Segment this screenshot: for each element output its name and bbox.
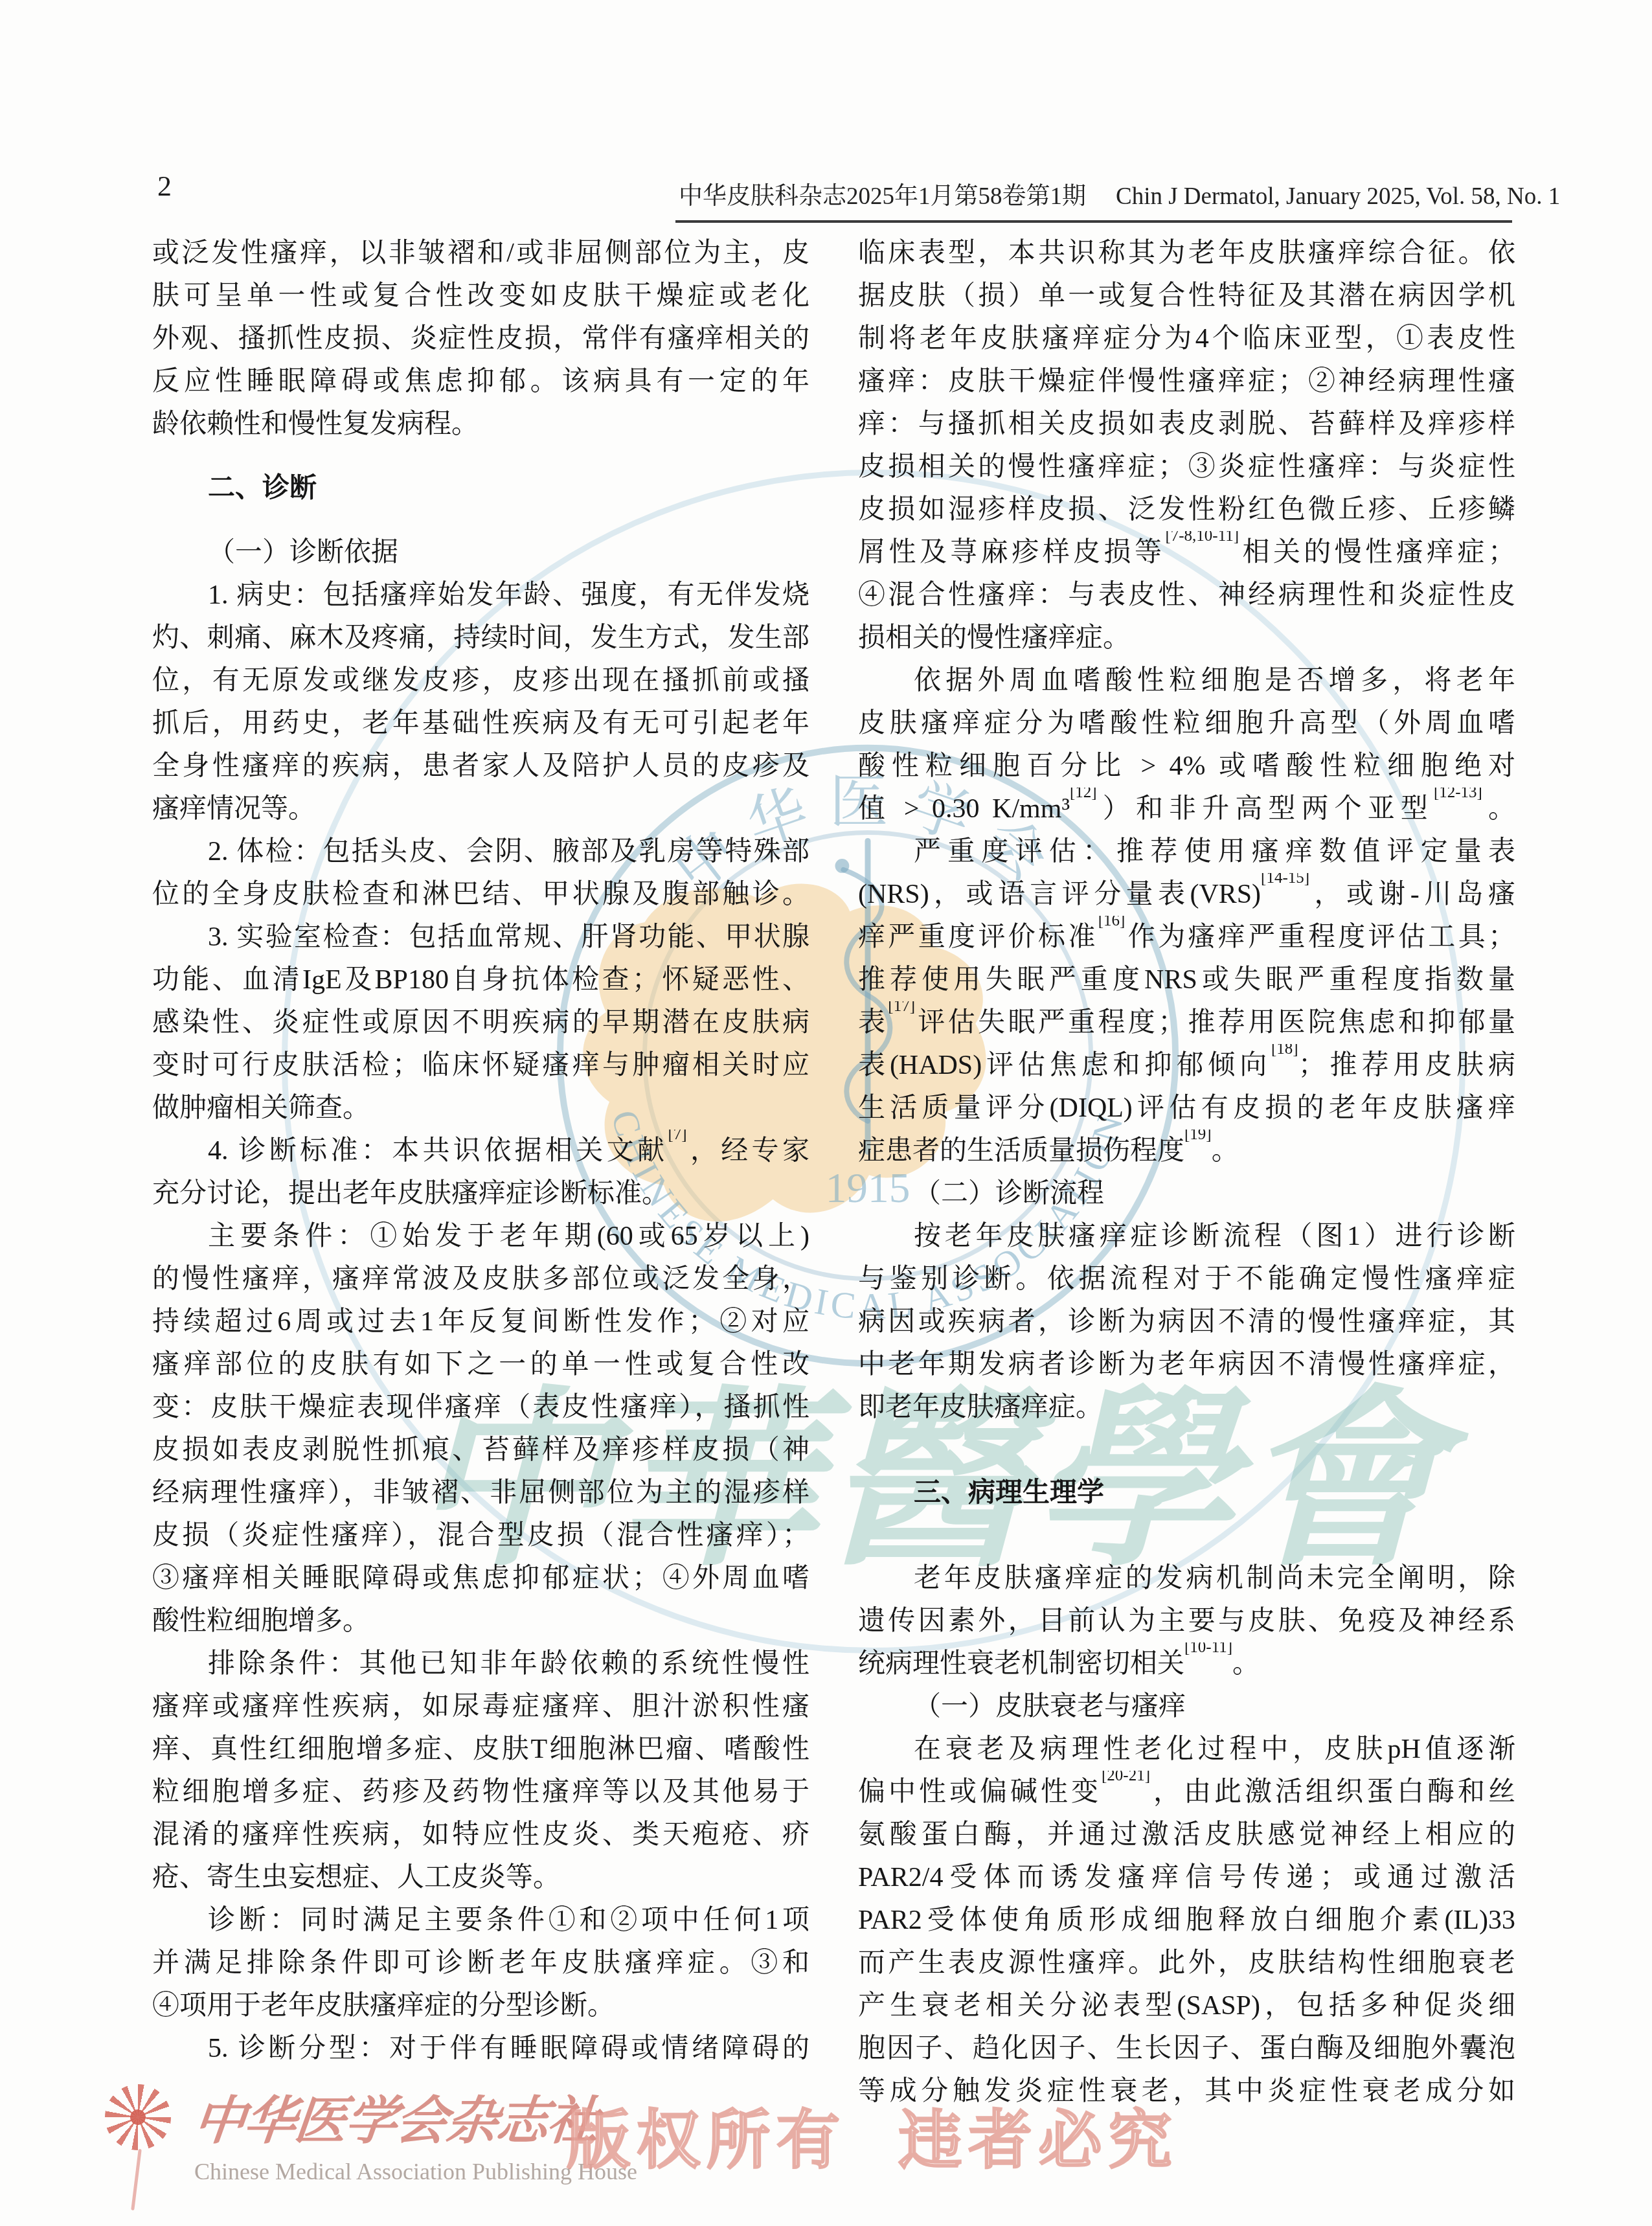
- text-line: 的慢性瘙痒，瘙痒常波及皮肤多部位或泛发全身，: [152, 1258, 809, 1300]
- text-line: 肤可呈单一性或复合性改变如皮肤干燥症或老化: [152, 275, 809, 317]
- text-line: 三、病理生理学: [858, 1471, 1515, 1514]
- text-line: 瘙痒或瘙痒性疾病，如尿毒症瘙痒、胆汁淤积性瘙: [152, 1685, 809, 1728]
- text-line: 变时可行皮肤活检；临床怀疑瘙痒与肿瘤相关时应: [152, 1044, 809, 1087]
- publisher-seal-icon: [105, 2084, 171, 2150]
- text-line: 屑性及荨麻疹样皮损等[7-8,10-11]相关的慢性瘙痒症；: [858, 531, 1515, 574]
- text-line: 位的全身皮肤检查和淋巴结、甲状腺及腹部触诊。: [152, 873, 809, 916]
- text-line: 生活质量评分(DIQL)评估有皮损的老年皮肤瘙痒: [858, 1087, 1515, 1130]
- text-line: 瘙痒：皮肤干燥症伴慢性瘙痒症；②神经病理性瘙: [858, 360, 1515, 403]
- text-line: 即老年皮肤瘙痒症。: [858, 1386, 1515, 1429]
- text-line: 全身性瘙痒的疾病，患者家人及陪护人员的皮疹及: [152, 745, 809, 788]
- text-line: 感染性、炎症性或原因不明疾病的早期潜在皮肤病: [152, 1001, 809, 1044]
- journal-title-cn: 中华皮肤科杂志2025年1月第58卷第1期: [679, 183, 1086, 210]
- text-line: 按老年皮肤瘙痒症诊断流程（图1）进行诊断: [858, 1215, 1515, 1258]
- text-line: 制将老年皮肤瘙痒症分为4个临床亚型，①表皮性: [858, 317, 1515, 360]
- text-line: 皮损如表皮剥脱性抓痕、苔藓样及痒疹样皮损（神: [152, 1429, 809, 1471]
- text-line: 统病理性衰老机制密切相关[10-11]。: [858, 1642, 1515, 1685]
- journal-page: 中华医学会 CHINESE MEDICAL ASSOCIATION 1915 中…: [0, 0, 1652, 2226]
- text-line: 1. 病史：包括瘙痒始发年龄、强度，有无伴发烧: [152, 574, 809, 617]
- text-line: 依据外周血嗜酸性粒细胞是否增多，将老年: [858, 659, 1515, 702]
- publisher-name-cn: 中华医学会杂志社: [190, 2079, 602, 2153]
- text-line: 偏中性或偏碱性变[20-21]，由此激活组织蛋白酶和丝: [858, 1771, 1515, 1813]
- text-line: 皮损相关的慢性瘙痒症；③炎症性瘙痒：与炎症性: [858, 446, 1515, 488]
- text-line: 位，有无原发或继发皮疹，皮疹出现在搔抓前或搔: [152, 659, 809, 702]
- page-number: 2: [157, 170, 172, 203]
- text-line: 外观、搔抓性皮损、炎症性皮损，常伴有瘙痒相关的: [152, 317, 809, 360]
- text-line: 氨酸蛋白酶，并通过激活皮肤感觉神经上相应的: [858, 1813, 1515, 1856]
- text-line: 痒：与搔抓相关皮损如表皮剥脱、苔藓样及痒疹样: [858, 403, 1515, 446]
- text-line: 严重度评估：推荐使用瘙痒数值评定量表: [858, 830, 1515, 873]
- text-line: 诊断：同时满足主要条件①和②项中任何1项: [152, 1899, 809, 1942]
- text-line: 在衰老及病理性老化过程中，皮肤pH值逐渐: [858, 1728, 1515, 1771]
- header-rule: [675, 220, 1512, 223]
- text-line: 变：皮肤干燥症表现伴瘙痒（表皮性瘙痒），搔抓性: [152, 1386, 809, 1429]
- text-line: 痒、真性红细胞增多症、皮肤T细胞淋巴瘤、嗜酸性: [152, 1728, 809, 1771]
- text-line: 4. 诊断标准：本共识依据相关文献[7]，经专家: [152, 1130, 809, 1172]
- text-line: 胞因子、趋化因子、生长因子、蛋白酶及细胞外囊泡: [858, 2027, 1515, 2070]
- text-line: 排除条件：其他已知非年龄依赖的系统性慢性: [152, 1642, 809, 1685]
- text-line: 而产生表皮源性瘙痒。此外，皮肤结构性细胞衰老: [858, 1942, 1515, 1984]
- text-column-left: 或泛发性瘙痒，以非皱褶和/或非屈侧部位为主，皮肤可呈单一性或复合性改变如皮肤干燥…: [152, 232, 809, 2070]
- text-line: PAR2/4受体而诱发瘙痒信号传递；或通过激活: [858, 1856, 1515, 1899]
- text-line: ③瘙痒相关睡眠障碍或焦虑抑郁症状；④外周血嗜: [152, 1557, 809, 1600]
- text-line: ④项用于老年皮肤瘙痒症的分型诊断。: [152, 1984, 809, 2027]
- text-line: 2. 体检：包括头皮、会阴、腋部及乳房等特殊部: [152, 830, 809, 873]
- text-line: (NRS)，或语言评分量表(VRS)[14-15]，或谢-川岛瘙: [858, 873, 1515, 916]
- journal-title-en: Chin J Dermatol, January 2025, Vol. 58, …: [1116, 183, 1560, 210]
- text-line: 反应性睡眠障碍或焦虑抑郁。该病具有一定的年: [152, 360, 809, 403]
- text-line: 皮肤瘙痒症分为嗜酸性粒细胞升高型（外周血嗜: [858, 702, 1515, 745]
- text-line: 经病理性瘙痒），非皱褶、非屈侧部位为主的湿疹样: [152, 1471, 809, 1514]
- text-line: 病因或疾病者，诊断为病因不清的慢性瘙痒症，其: [858, 1300, 1515, 1343]
- text-line: 混淆的瘙痒性疾病，如特应性皮炎、类天疱疮、疥: [152, 1813, 809, 1856]
- text-line: 损相关的慢性瘙痒症。: [858, 617, 1515, 659]
- text-line: 瘙痒情况等。: [152, 788, 809, 830]
- text-line: 推荐使用失眠严重度NRS或失眠严重程度指数量: [858, 959, 1515, 1001]
- text-line: 值 > 0.30 K/mm³[12]）和非升高型两个亚型[12-13]。: [858, 788, 1515, 830]
- text-line: 皮损如湿疹样皮损、泛发性粉红色微丘疹、丘疹鳞: [858, 488, 1515, 531]
- text-line: 瘙痒部位的皮肤有如下之一的单一性或复合性改: [152, 1343, 809, 1386]
- text-line: 龄依赖性和慢性复发病程。: [152, 403, 809, 446]
- text-line: ④混合性瘙痒：与表皮性、神经病理性和炎症性皮: [858, 574, 1515, 617]
- text-line: 酸性粒细胞增多。: [152, 1600, 809, 1642]
- text-line: 与鉴别诊断。依据流程对于不能确定慢性瘙痒症: [858, 1258, 1515, 1300]
- text-line: 功能、血清IgE及BP180自身抗体检查；怀疑恶性、: [152, 959, 809, 1001]
- text-line: 3. 实验室检查：包括血常规、肝肾功能、甲状腺: [152, 916, 809, 959]
- text-line: 痒严重度评价标准[16]作为瘙痒严重程度评估工具；: [858, 916, 1515, 959]
- text-line: 皮损（炎症性瘙痒），混合型皮损（混合性瘙痒）；: [152, 1514, 809, 1557]
- text-line: 表[17]评估失眠严重程度；推荐用医院焦虑和抑郁量: [858, 1001, 1515, 1044]
- text-line: 持续超过6周或过去1年反复间断性发作；②对应: [152, 1300, 809, 1343]
- text-line: 灼、刺痛、麻木及疼痛，持续时间，发生方式，发生部: [152, 617, 809, 659]
- text-line: 粒细胞增多症、药疹及药物性瘙痒等以及其他易于: [152, 1771, 809, 1813]
- snake-head-icon: [835, 859, 850, 873]
- text-column-right: 临床表型，本共识称其为老年皮肤瘙痒综合征。依据皮肤（损）单一或复合性特征及其潜在…: [858, 232, 1515, 2113]
- text-line: （一）诊断依据: [152, 531, 809, 574]
- text-line: 做肿瘤相关筛查。: [152, 1087, 809, 1130]
- text-line: 症患者的生活质量损伤程度[19]。: [858, 1130, 1515, 1172]
- text-line: 表(HADS)评估焦虑和抑郁倾向[18]；推荐用皮肤病: [858, 1044, 1515, 1087]
- text-line: 并满足排除条件即可诊断老年皮肤瘙痒症。③和: [152, 1942, 809, 1984]
- text-line: 据皮肤（损）单一或复合性特征及其潜在病因学机: [858, 275, 1515, 317]
- text-line: 酸性粒细胞百分比 > 4% 或嗜酸性粒细胞绝对: [858, 745, 1515, 788]
- text-line: 或泛发性瘙痒，以非皱褶和/或非屈侧部位为主，皮: [152, 232, 809, 275]
- text-line: 老年皮肤瘙痒症的发病机制尚未完全阐明，除: [858, 1557, 1515, 1600]
- text-line: 二、诊断: [152, 467, 809, 510]
- text-line: （二）诊断流程: [858, 1172, 1515, 1215]
- text-line: 等成分触发炎症性衰老，其中炎症性衰老成分如: [858, 2070, 1515, 2113]
- text-line: 充分讨论，提出老年皮肤瘙痒症诊断标准。: [152, 1172, 809, 1215]
- text-line: 临床表型，本共识称其为老年皮肤瘙痒综合征。依: [858, 232, 1515, 275]
- text-line: （一）皮肤衰老与瘙痒: [858, 1685, 1515, 1728]
- text-line: 中老年期发病者诊断为老年病因不清慢性瘙痒症，: [858, 1343, 1515, 1386]
- text-line: PAR2受体使角质形成细胞释放白细胞介素(IL)33: [858, 1899, 1515, 1942]
- text-line: 主要条件：①始发于老年期(60或65岁以上): [152, 1215, 809, 1258]
- text-line: 疮、寄生虫妄想症、人工皮炎等。: [152, 1856, 809, 1899]
- text-line: 遗传因素外，目前认为主要与皮肤、免疫及神经系: [858, 1600, 1515, 1642]
- journal-header: 中华皮肤科杂志2025年1月第58卷第1期Chin J Dermatol, Ja…: [679, 176, 1521, 211]
- text-line: 抓后，用药史，老年基础性疾病及有无可引起老年: [152, 702, 809, 745]
- text-line: 5. 诊断分型：对于伴有睡眠障碍或情绪障碍的: [152, 2027, 809, 2070]
- text-line: 产生衰老相关分泌表型(SASP)，包括多种促炎细: [858, 1984, 1515, 2027]
